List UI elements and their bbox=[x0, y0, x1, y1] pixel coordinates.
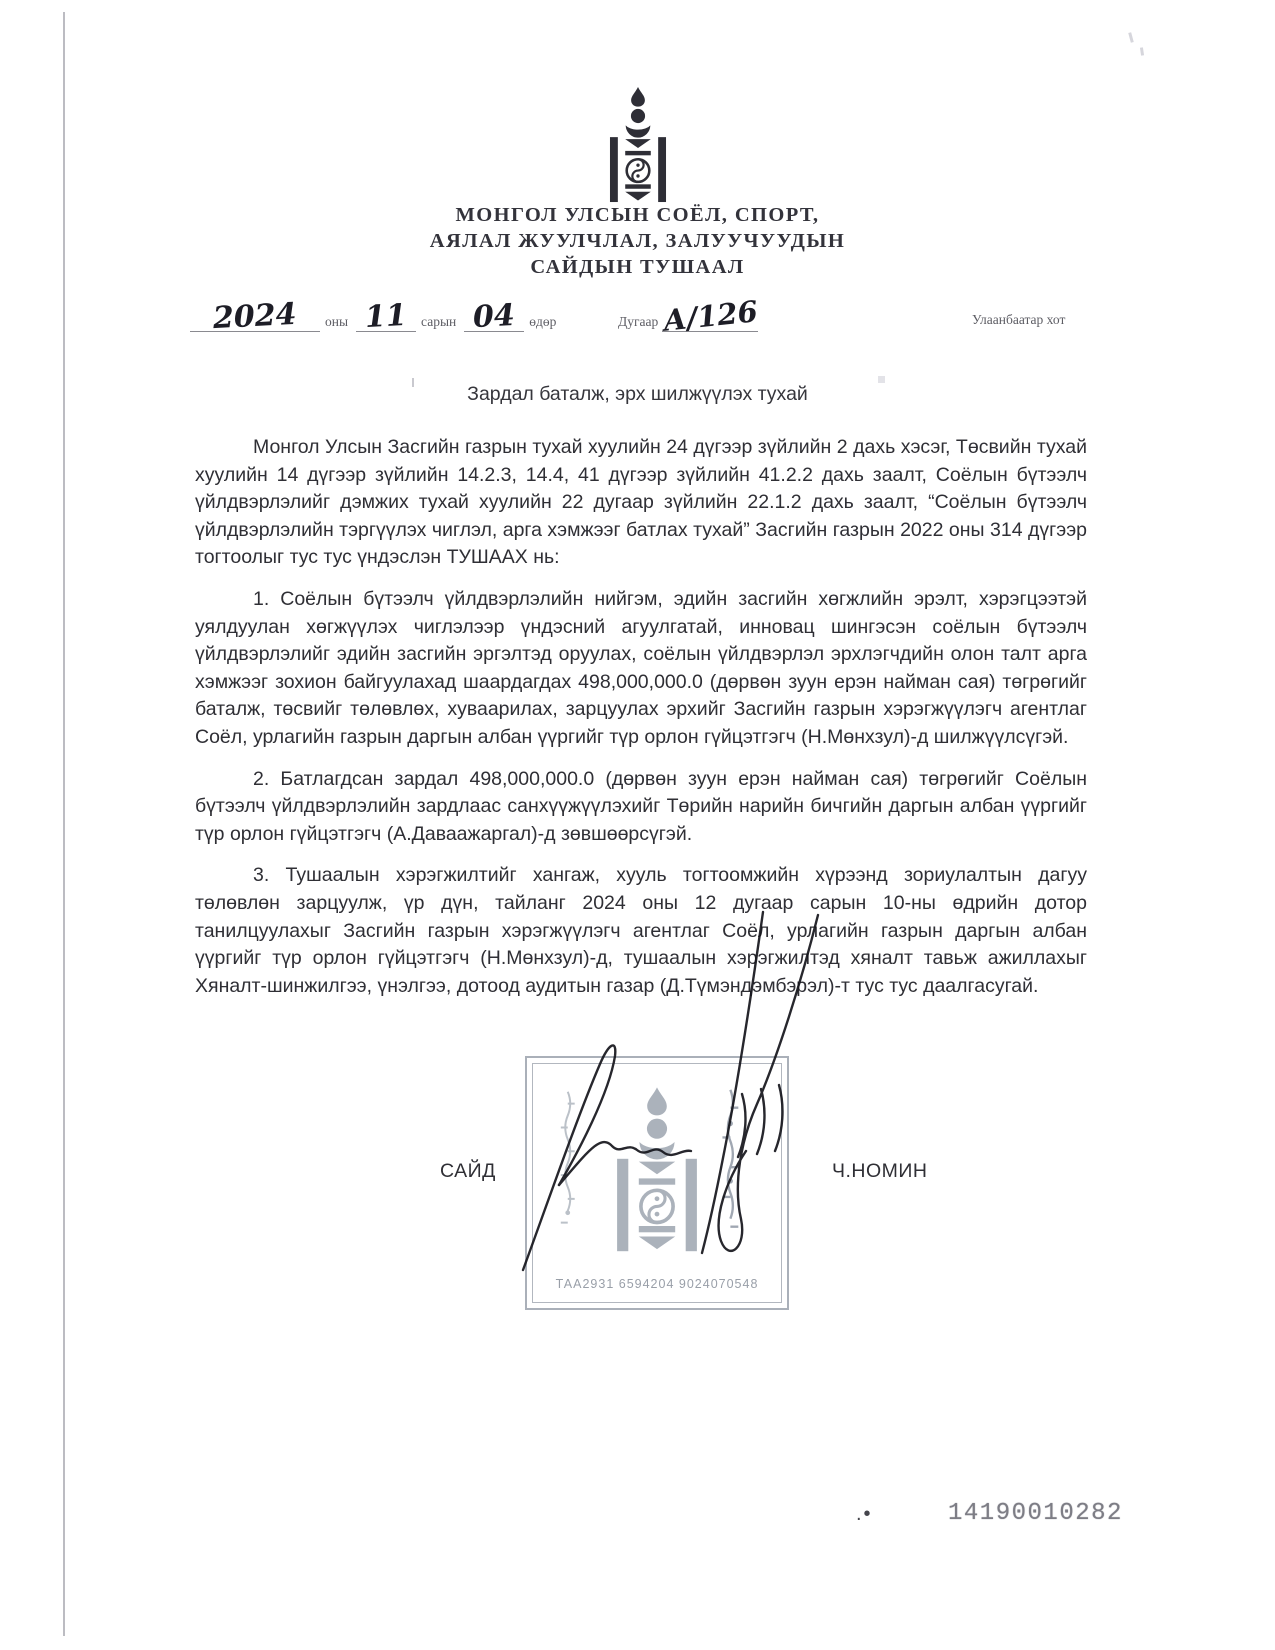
minister-name: Ч.НОМИН bbox=[832, 1160, 928, 1183]
decree-number-group: ДугаарА/126 bbox=[618, 306, 758, 332]
minister-title: САЙД bbox=[440, 1160, 496, 1183]
org-name-line1: МОНГОЛ УЛСЫН СОЁЛ, СПОРТ, bbox=[0, 202, 1275, 228]
city-label: Улаанбаатар хот bbox=[972, 312, 1065, 328]
order-item-1: 1. Соёлын бүтээлч үйлдвэрлэлийн нийгэм, … bbox=[195, 586, 1087, 752]
dateline: 2024оны11сарын04өдөр ДугаарА/126 Улаанба… bbox=[0, 282, 1275, 336]
official-stamp: ТАА2931 6594204 9024070548 bbox=[525, 1056, 789, 1310]
org-name-line3: САЙДЫН ТУШААЛ bbox=[0, 254, 1275, 280]
handwritten-day: 04 bbox=[473, 306, 516, 328]
day-label: өдөр bbox=[529, 314, 556, 329]
date-month-underline: 11 bbox=[356, 307, 416, 332]
handwritten-year: 2024 bbox=[213, 305, 297, 329]
stamp-number: ТАА2931 6594204 9024070548 bbox=[533, 1277, 781, 1291]
date-year-underline: 2024 bbox=[190, 307, 320, 332]
document-title: Зардал баталж, эрх шилжүүлэх тухай bbox=[0, 383, 1275, 406]
scanned-decree-page: МОНГОЛ УЛСЫН СОЁЛ, СПОРТ, АЯЛАЛ ЖУУЛЧЛАЛ… bbox=[0, 0, 1275, 1650]
scan-artifact bbox=[1128, 32, 1133, 42]
soyombo-stamp-emblem-icon bbox=[607, 1086, 707, 1254]
scan-artifact bbox=[878, 376, 885, 383]
footer-ink-mark: .• bbox=[856, 1503, 873, 1526]
handwritten-number: А/126 bbox=[662, 301, 758, 331]
number-underline: А/126 bbox=[662, 306, 758, 332]
month-label: сарын bbox=[421, 314, 456, 329]
soyombo-emblem-icon bbox=[601, 86, 675, 204]
order-item-2: 2. Батлагдсан зардал 498,000,000.0 (дөрв… bbox=[195, 766, 1087, 849]
registration-number: 14190010282 bbox=[948, 1500, 1123, 1527]
year-label: оны bbox=[325, 314, 348, 329]
date-group: 2024оны11сарын04өдөр bbox=[190, 307, 564, 332]
date-day-underline: 04 bbox=[464, 307, 524, 332]
soyombo-emblem-icon bbox=[601, 86, 675, 204]
number-label: Дугаар bbox=[618, 314, 658, 329]
stamp-inner-border: ТАА2931 6594204 9024070548 bbox=[532, 1063, 782, 1303]
order-item-3: 3. Тушаалын хэрэгжилтийг хангаж, хууль т… bbox=[195, 862, 1087, 1000]
handwritten-month: 11 bbox=[365, 306, 408, 328]
soyombo-stamp-emblem-icon bbox=[607, 1086, 707, 1254]
scan-artifact bbox=[1140, 47, 1144, 55]
issuing-authority: МОНГОЛ УЛСЫН СОЁЛ, СПОРТ, АЯЛАЛ ЖУУЛЧЛАЛ… bbox=[0, 202, 1275, 280]
document-body: Монгол Улсын Засгийн газрын тухай хуулий… bbox=[195, 434, 1087, 1014]
org-name-line2: АЯЛАЛ ЖУУЛЧЛАЛ, ЗАЛУУЧУУДЫН bbox=[0, 228, 1275, 254]
preamble-paragraph: Монгол Улсын Засгийн газрын тухай хуулий… bbox=[195, 434, 1087, 572]
